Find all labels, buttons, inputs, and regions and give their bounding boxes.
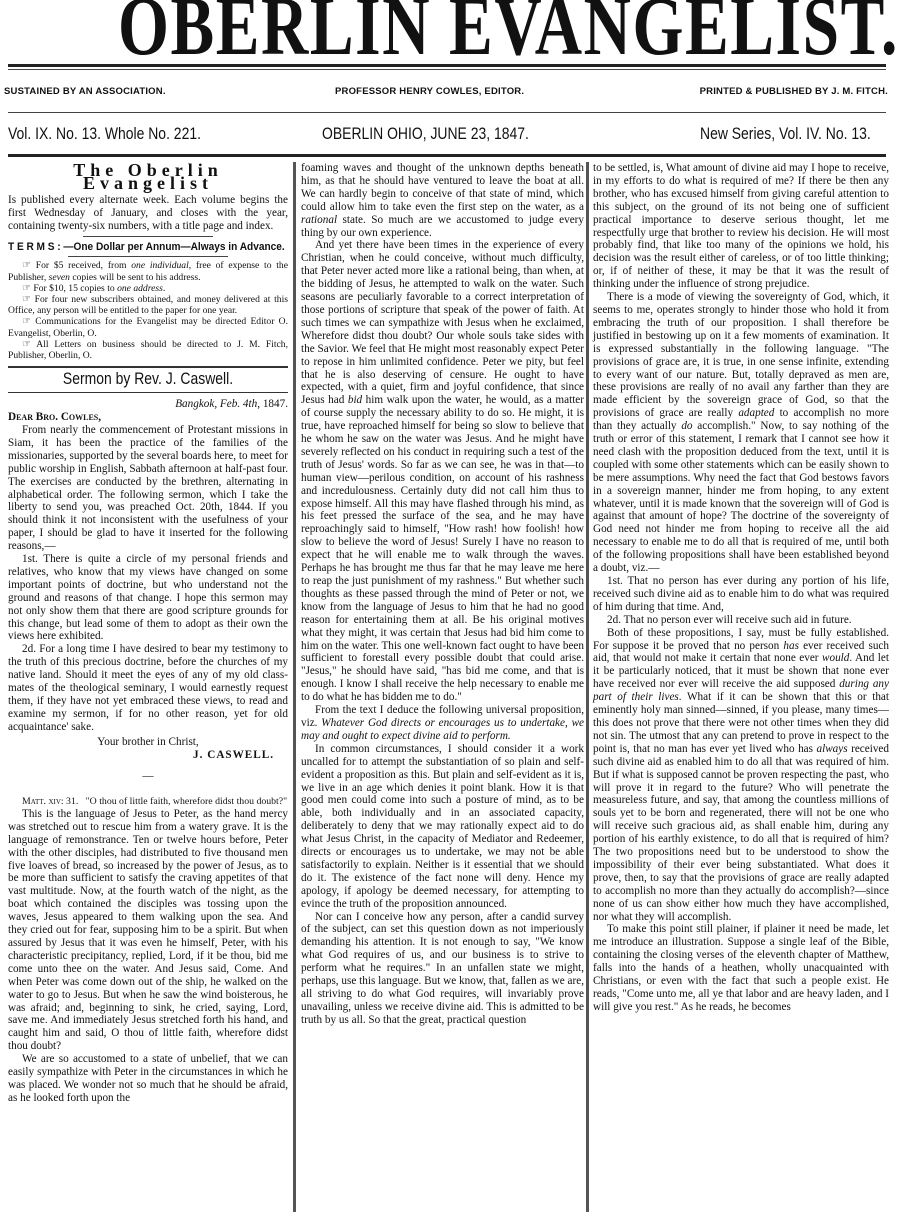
newspaper-title: OBERLIN EVANGELIST. [118,0,742,62]
notice-item: ☞ For $10, 15 copies to one address. [8,283,288,294]
editor-line: PROFESSOR HENRY COWLES, EDITOR. [335,86,524,97]
terms-text: —One Dollar per Annum—Always in Advance. [63,241,284,253]
body-paragraph: In common circumstances, I should consid… [301,743,584,911]
body-paragraph: 1st. That no person has ever during any … [593,575,889,614]
column-3: to be settled, is, What amount of divine… [593,162,889,1014]
series-number: New Series, Vol. IV. No. 13. [700,124,871,144]
column-rule-2 [586,162,589,1212]
notice-item: ☞ For $5 received, from one individual, … [8,260,288,282]
section-divider [8,366,288,368]
body-paragraph: This is the language of Jesus to Peter, … [8,808,288,1053]
scripture-text: Matt. xiv: 31. "O thou of little faith, … [8,796,288,808]
pointing-hand-icon: ☞ [22,283,31,294]
subhead-rule [8,112,886,113]
salutation: Dear Bro. Cowles, [8,411,288,424]
dateline-rule [8,154,886,157]
subhead-line: SUSTAINED BY AN ASSOCIATION. PROFESSOR H… [0,86,900,100]
body-paragraph: Nor can I conceive how any person, after… [301,911,584,1027]
terms-line: TERMS:—One Dollar per Annum—Always in Ad… [8,241,266,254]
body-paragraph: And yet there have been times in the exp… [301,239,584,704]
pointing-hand-icon: ☞ [22,294,31,305]
body-paragraph: Both of these propositions, I say, must … [593,627,889,924]
body-paragraph: There is a mode of viewing the sovereign… [593,291,889,575]
separator: — [8,770,288,783]
column-2: foaming waves and thought of the unknown… [301,162,584,1027]
notice-item: ☞ Communications for the Evangelist may … [8,316,288,338]
column-1: The Oberlin Evangelist Is published ever… [8,162,288,1105]
letter-paragraph: 2d. For a long time I have desired to be… [8,643,288,733]
body-paragraph: 2d. That no person ever will receive suc… [593,614,889,627]
dateline: Vol. IX. No. 13. Whole No. 221. OBERLIN … [0,124,900,148]
letter-paragraph: 1st. There is quite a circle of my perso… [8,553,288,643]
publisher-line: PRINTED & PUBLISHED BY J. M. FITCH. [700,86,888,97]
pointing-hand-icon: ☞ [22,260,31,271]
letter-dateline: Bangkok, Feb. 4th, 1847. [8,398,288,411]
sermon-title: Sermon by Rev. J. Caswell. [33,373,263,386]
masthead: OBERLIN EVANGELIST. [0,0,900,62]
body-paragraph: to be settled, is, What amount of divine… [593,162,889,291]
body-paragraph: To make this point still plainer, if pla… [593,923,889,1013]
pointing-hand-icon: ☞ [22,339,31,350]
notice-item: ☞ For four new subscribers obtained, and… [8,294,288,316]
notice-divider [83,236,213,237]
signoff: Your brother in Christ, [8,736,288,749]
date-place: OBERLIN OHIO, JUNE 23, 1847. [322,124,529,144]
notice-item: ☞ All Letters on business should be dire… [8,339,288,361]
column-rule-1 [293,162,296,1212]
letter-paragraph: From nearly the commencement of Protesta… [8,424,288,553]
signature: J. CASWELL. [8,749,288,762]
masthead-rule [8,64,886,67]
terms-divider [68,256,228,257]
terms-lead: TERMS: [8,241,63,253]
notice-items: ☞ For $5 received, from one individual, … [8,260,288,361]
pointing-hand-icon: ☞ [22,316,31,327]
sermon-title-rule [8,392,288,393]
masthead-rule-thin [8,69,886,70]
body-paragraph: From the text I deduce the following uni… [301,704,584,743]
sustained-line: SUSTAINED BY AN ASSOCIATION. [4,86,166,97]
notice-description: Is published every alternate week. Each … [8,194,288,233]
body-paragraph: foaming waves and thought of the unknown… [301,162,584,239]
notice-title: The Oberlin Evangelist [8,164,288,190]
volume-number: Vol. IX. No. 13. Whole No. 221. [8,124,201,144]
body-paragraph: We are so accustomed to a state of unbel… [8,1053,288,1105]
